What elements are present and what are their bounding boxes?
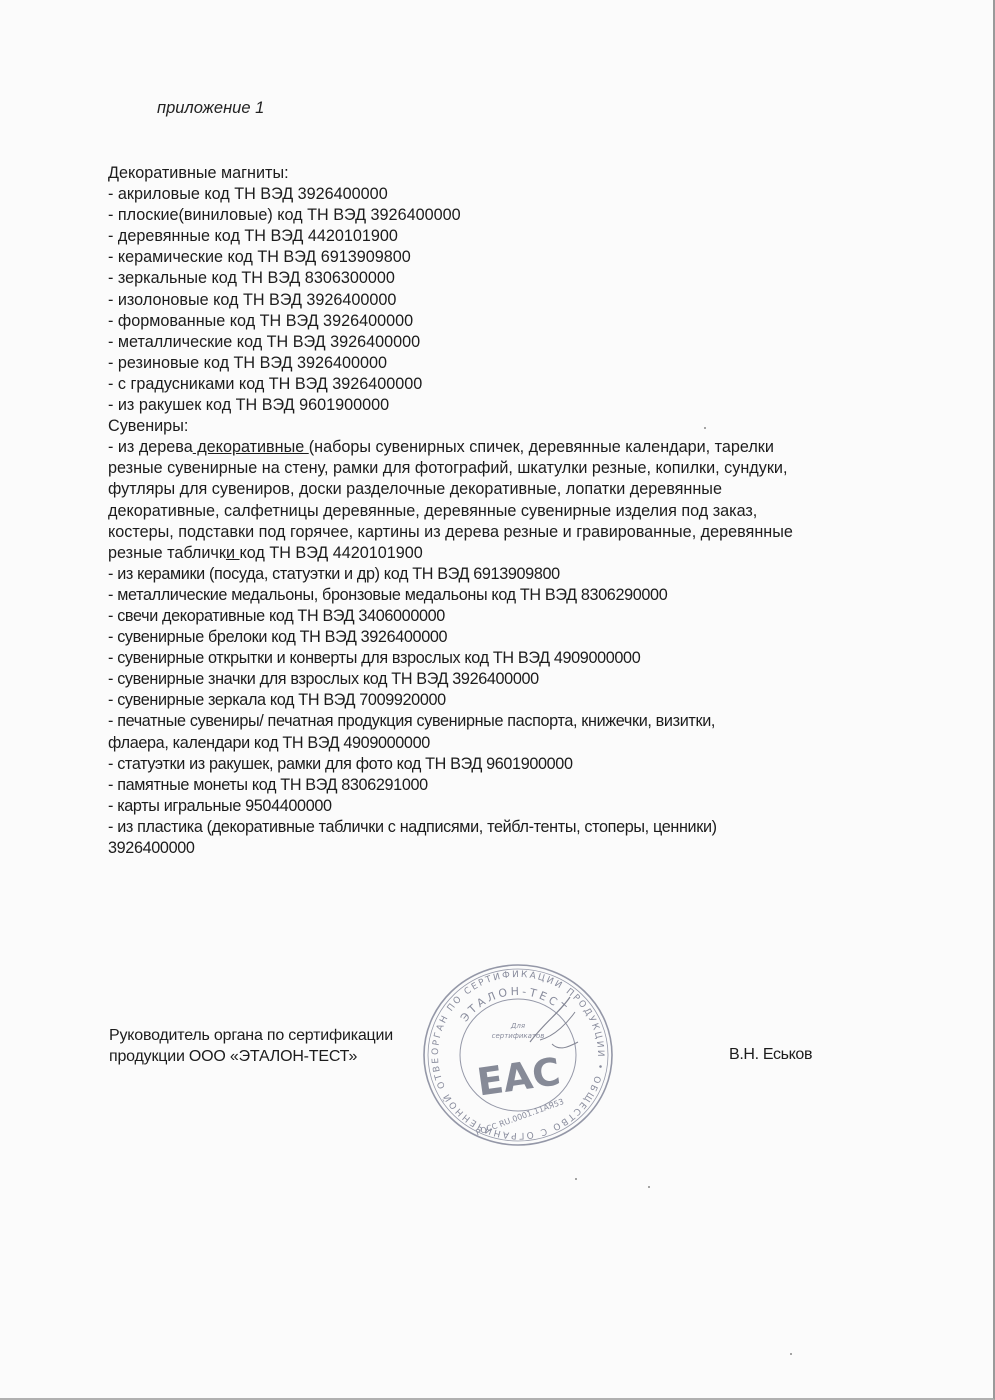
magnet-item: - с градусниками код ТН ВЭД 3926400000 — [108, 374, 908, 395]
wood-item-line6-rest: код ТН ВЭД 4420101900 — [239, 544, 422, 562]
wood-item-line6-prefix: резные табличк — [108, 544, 226, 562]
magnet-item: - плоские(виниловые) код ТН ВЭД 39264000… — [108, 205, 908, 226]
svg-text:Для: Для — [510, 1022, 525, 1030]
souvenir-item: - свечи декоративные код ТН ВЭД 34060000… — [108, 606, 908, 627]
scan-speck — [648, 1186, 650, 1188]
signature-title-line-2: продукции ООО «ЭТАЛОН-ТЕСТ» — [109, 1046, 393, 1067]
souvenir-item: - из керамики (посуда, статуэтки и др) к… — [108, 564, 908, 585]
scan-speck — [575, 1178, 577, 1180]
souvenir-item: - сувенирные значки для взрослых код ТН … — [108, 669, 908, 690]
souvenir-item: - из пластика (декоративные таблички с н… — [108, 817, 908, 838]
souvenir-item: - карты игральные 9504400000 — [108, 796, 908, 817]
souvenir-item: флаера, календари код ТН ВЭД 4909000000 — [108, 733, 908, 754]
signature-title-line-1: Руководитель органа по сертификации — [109, 1025, 393, 1046]
svg-text:ЕАС: ЕАС — [474, 1049, 563, 1104]
magnet-item: - резиновые код ТН ВЭД 3926400000 — [108, 353, 908, 374]
scan-speck — [790, 1353, 792, 1355]
section-heading-magnets: Декоративные магниты: — [108, 163, 908, 184]
magnet-item: - металлические код ТН ВЭД 3926400000 — [108, 332, 908, 353]
document-page: приложение 1 Декоративные магниты: - акр… — [0, 0, 995, 1400]
magnet-item: - изолоновые код ТН ВЭД 3926400000 — [108, 290, 908, 311]
certification-stamp-icon: ОРГАН ПО СЕРТИФИКАЦИИ ПРОДУКЦИИ • ОБЩЕСТ… — [420, 962, 616, 1148]
signature-block: Руководитель органа по сертификации прод… — [109, 1025, 393, 1067]
magnet-item: - из ракушек код ТН ВЭД 9601900000 — [108, 395, 908, 416]
magnet-item: - формованные код ТН ВЭД 3926400000 — [108, 311, 908, 332]
magnet-item: - зеркальные код ТН ВЭД 8306300000 — [108, 268, 908, 289]
wood-item-line-5: костеры, подставки под горячее, картины … — [108, 522, 908, 543]
souvenir-item: 3926400000 — [108, 838, 908, 859]
souvenir-item: - металлические медальоны, бронзовые мед… — [108, 585, 908, 606]
souvenir-item: - сувенирные брелоки код ТН ВЭД 39264000… — [108, 627, 908, 648]
souvenir-item: - статуэтки из ракушек, рамки для фото к… — [108, 754, 908, 775]
appendix-label: приложение 1 — [157, 99, 264, 118]
magnet-item: - керамические код ТН ВЭД 6913909800 — [108, 247, 908, 268]
magnet-item: - акриловые код ТН ВЭД 3926400000 — [108, 184, 908, 205]
wood-item-line-6: резные таблички код ТН ВЭД 4420101900 — [108, 543, 908, 564]
wood-item-line-4: декоративные, салфетницы деревянные, дер… — [108, 501, 908, 522]
wood-item-line-2: резные сувенирные на стену, рамки для фо… — [108, 458, 908, 479]
wood-item-rest: (наборы сувенирных спичек, деревянные ка… — [309, 438, 774, 456]
section-heading-souvenirs: Сувениры: — [108, 416, 908, 437]
souvenir-item: - сувенирные зеркала код ТН ВЭД 70099200… — [108, 690, 908, 711]
wood-item-line-3: футляры для сувениров, доски разделочные… — [108, 479, 908, 500]
wood-item-line-1: - из дерева декоративные (наборы сувенир… — [108, 437, 908, 458]
souvenir-item: - печатные сувениры/ печатная продукция … — [108, 711, 908, 732]
wood-item-prefix: - из дерева — [108, 438, 193, 456]
document-body: Декоративные магниты: - акриловые код ТН… — [108, 163, 908, 859]
magnet-item: - деревянные код ТН ВЭД 4420101900 — [108, 226, 908, 247]
wood-item-underlined: декоративные — [193, 438, 309, 456]
wood-item-line6-underlined: и — [226, 544, 240, 562]
scan-speck — [704, 427, 706, 429]
souvenir-item: - сувенирные открытки и конверты для взр… — [108, 648, 908, 669]
signer-name: В.Н. Еськов — [729, 1046, 812, 1064]
souvenir-item: - памятные монеты код ТН ВЭД 8306291000 — [108, 775, 908, 796]
